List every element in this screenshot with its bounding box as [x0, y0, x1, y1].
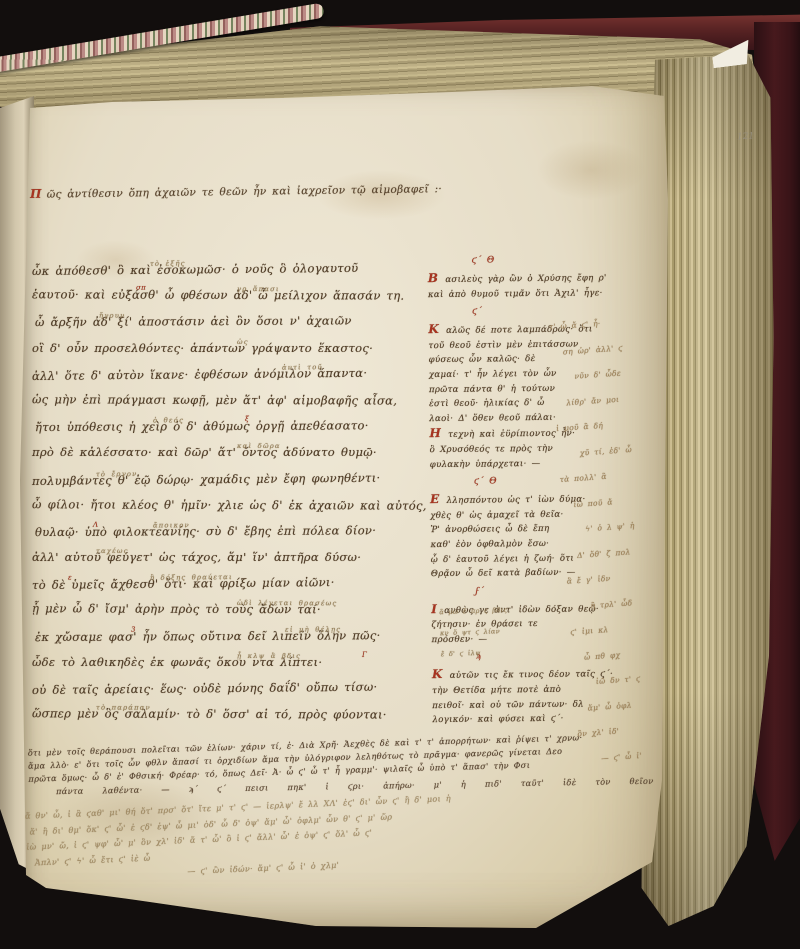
verse-line: ἢ δόξης θραύεται ε τὸ δὲ ὑμεῖς ἄχθεσθ' ὅ…: [32, 568, 446, 598]
verse-text: πολυμβάντες θ' ἑῷ δώρῳ· χαμάδις μὲν ἔφη …: [32, 470, 381, 487]
interlinear-gloss: τὸ παράπαν: [96, 705, 151, 712]
verse-line: ᾗ κλψ ἃ βδις Γ ὧδε τὸ λαθικηδὲς ἐκ φωνᾶς…: [32, 649, 446, 675]
verse-text: ἀλλ' αὐτοῦ φεύγετ' ὡς τάχος, ἅμ' ἵν' ἀπτ…: [32, 550, 361, 564]
verse-line: ἄποικον Λ θυλαῷ· ὑπὸ φιλοκτεανίης· σὺ δ'…: [35, 517, 446, 545]
header-rubric-initial: Π: [30, 187, 47, 201]
interlinear-gloss: ἤγουν: [99, 313, 126, 320]
interlinear-gloss: ταχέως: [96, 548, 129, 555]
scholia-rubric-initial: Κ: [432, 667, 445, 681]
scholia-rubric-initial: Β: [428, 271, 441, 285]
scholia-rubric-initial: Η: [429, 426, 443, 440]
verse-line: καὶ δῶρα πρὸ δὲ κἀλέσσατο· καὶ δῶρ' ἅτ' …: [32, 439, 446, 465]
verse-line: ὡς οἳ δ' οὖν προσελθόντες· ἁπάντων γράψα…: [32, 335, 446, 361]
verse-text: ἤτοι ὑπόθεσις ἡ χεὶρ ὁ δ' ἀθύμως ὀργῇ ἀπ…: [35, 418, 369, 434]
interlinear-gloss: ᾗ κλψ ἃ βδις: [237, 653, 301, 660]
verse-line: γρ ἅπασι σπ ἑαυτοῦ· καὶ εὐξάσθ' ὦ φθέσων…: [32, 281, 446, 309]
scholia-text: ἐστὶ θεοῦ· ἡλικίας δ' ὦ: [429, 398, 545, 409]
interlinear-gloss: ἄποικον: [153, 522, 190, 529]
rubric-gloss: 3: [131, 626, 136, 633]
scholia-text: χαμαί· τ' ἦν λέγει τὸν ὧν: [429, 369, 557, 380]
verse-line: εἰ μὴ θέλῃς 3 ἐκ χὤσαμε φασ' ἦν ὅπως οὔτ…: [35, 622, 446, 650]
interlinear-gloss: ἀντὶ τοῦ: [282, 364, 323, 371]
verse-line: οὐ δὲ ταῖς ἁρείαις· ἕως· οὐδὲ μόνης δαΐδ…: [32, 673, 446, 703]
verse-text: θυλαῷ· ὑπὸ φιλοκτεανίης· σὺ δ' ἔβης ἐπὶ …: [35, 523, 376, 539]
rubric-gloss: Λ: [93, 522, 98, 529]
verse-line: ἤγουν ὦ ἄρξῆν ἀδ' ξί' ἀποστάσιν ἀεὶ ὃν ὅ…: [35, 307, 446, 335]
main-text-column: τὸ ἑξῆς ὧκ ἀπόθεσθ' ὃ καὶ ἐσοκωμῶσ· ὁ νο…: [32, 256, 446, 727]
scholia-text: τὴν Θετίδα μήτε ποτὲ ἀπὸ: [432, 685, 561, 696]
verse-line: τὸ παράπαν ὥσπερ μὲν ὃς σαλαμίν· τὸ δ' ὅ…: [32, 700, 446, 728]
verse-line: ὡς μὴν ἐπὶ πράγμασι κωφῇ, μὲν ἅτ' ἀφ' αἱ…: [32, 386, 446, 414]
scholia-text: πειθοῖ· καὶ οὐ τῶν πάντων· δλ: [432, 699, 584, 711]
verse-line: ὁ θεός ξ ἤτοι ὑπόθεσις ἡ χεὶρ ὁ δ' ἀθύμω…: [35, 412, 446, 440]
manuscript-page: Πῶς ἀντίθεσιν ὅπη ἀχαιῶν τε θεῶν ἦν καὶ …: [16, 80, 672, 940]
scholia-text: ὃ Χρυσόθεός τε πρὸς τὴν: [430, 444, 553, 455]
verse-text: πρὸ δὲ κἀλέσσατο· καὶ δῶρ' ἅτ' ὄντος ἀδύ…: [32, 445, 377, 459]
scholia-text: φυλακὴν ὑπάρχεται· —: [430, 458, 541, 469]
scholia-rubric-initial: Ε: [430, 492, 442, 506]
verse-line: ὡδὶ λέγεται θρασέως ᾗ μὲν ὦ δ' ἴσμ' ἀρὴν…: [32, 596, 446, 624]
scholia-text: Θρᾷον ὦ δεῖ κατὰ βαδίων· —: [431, 568, 576, 580]
intercolumn-notes: ἅ μω ἔ πρ ϛ βδιςκν ὅ ψτ ϛ λίανἔ δ' ϛ ἰλψ: [439, 598, 571, 665]
folio-number: 121: [737, 132, 755, 143]
verse-line: ἀντὶ τοῦ ἀλλ' ὅτε δ' αὐτὸν ἵκανε· ἐφθέσω…: [32, 359, 446, 389]
interlinear-gloss: καὶ δῶρα: [237, 443, 281, 450]
verse-text: ὥσπερ μὲν ὃς σαλαμίν· τὸ δ' ὅσσ' αἱ τό, …: [32, 706, 387, 721]
rubric-gloss: Γ: [362, 652, 367, 659]
scholia-rubric-initial: Κ: [428, 322, 441, 336]
scholia-text: καθ' ἑὸν ὀφθαλμὸν ἔσω·: [431, 539, 550, 550]
scholia-line: καὶ ἀπὸ θυμοῦ τιμᾶν ὅτι Ἀχιλ' ἦγε·: [428, 285, 640, 302]
verse-line: τὸ ἔργον πολυμβάντες θ' ἑῷ δώρῳ· χαμάδις…: [32, 464, 446, 494]
verse-line: ὦ φίλοι· ἤτοι κλέος θ' ἡμῖν· χλιε ὡς δ' …: [32, 491, 446, 519]
verse-text: ὧκ ἀπόθεσθ' ὃ καὶ ἐσοκωμῶσ· ὁ νοῦς ὃ ὀλο…: [32, 261, 359, 278]
interlinear-gloss: ὡς: [237, 339, 249, 346]
scholia-text: ᾧ δ' ἑαυτοῦ λέγει ἡ ζωή· ὅτι: [431, 553, 574, 565]
verse-line: τὸ ἑξῆς ὧκ ἀπόθεσθ' ὃ καὶ ἐσοκωμῶσ· ὁ νο…: [32, 254, 446, 284]
scholia-text: καὶ ἀπὸ θυμοῦ τιμᾶν ὅτι Ἀχιλ' ἦγε·: [428, 288, 603, 300]
rubric-gloss: ξ: [245, 416, 249, 423]
verse-text: οὐ δὲ ταῖς ἁρείαις· ἕως· οὐδὲ μόνης δαΐδ…: [32, 680, 378, 697]
interlinear-gloss: γρ ἅπασι: [237, 286, 280, 293]
scholia-text: Ῥ' ἀνορθώσεις ὦ δὲ ἔπη: [430, 524, 549, 535]
scholia-text: χθὲς θ' ὡς ἀμαχεῖ τὰ θεῖα·: [430, 509, 563, 520]
stain: [536, 140, 646, 200]
scholia-text: ασιλεὺς γὰρ ὢν ὁ Χρύσης ἔφη ρ': [445, 273, 606, 285]
manuscript-photo: 121 Πῶς ἀντίθεσιν ὅπη ἀχαιῶν τε θεῶν ἦν …: [0, 0, 800, 949]
rubric-gloss: σπ: [136, 285, 146, 292]
scholia-text: πρῶτα πάντα θ' ἡ τούτων: [429, 383, 555, 394]
verse-text: ὦ ἄρξῆν ἀδ' ξί' ἀποστάσιν ἀεὶ ὃν ὅσοι ν'…: [35, 314, 352, 330]
interlinear-gloss: τὸ ἑξῆς: [150, 261, 186, 268]
interlinear-gloss: ὡδὶ λέγεται θρασέως: [237, 600, 337, 607]
scholia-text: λαοὶ· Δ' ὅθεν θεοῦ πάλαι·: [429, 413, 556, 424]
verse-line: ταχέως ἀλλ' αὐτοῦ φεύγετ' ὡς τάχος, ἅμ' …: [32, 544, 446, 570]
verse-text: ὦ φίλοι· ἤτοι κλέος θ' ἡμῖν· χλιε ὡς δ' …: [32, 497, 427, 512]
scholia-line: ϛ´ Θ: [428, 254, 640, 266]
verse-text: ἑαυτοῦ· καὶ εὐξάσθ' ὦ φθέσων ἀδ' ὦ μείλι…: [32, 287, 404, 302]
scholia-text: λογικόν· καὶ φύσει καὶ ϛ´·: [432, 714, 563, 725]
interlinear-gloss: εἰ μὴ θέλῃς: [285, 626, 341, 633]
verse-text: ὡς μὴν ἐπὶ πράγμασι κωφῇ, μὲν ἅτ' ἀφ' αἱ…: [32, 392, 397, 407]
interlinear-gloss: ἢ δόξης θραύεται: [150, 574, 233, 582]
rubric-gloss: ε: [68, 575, 72, 582]
interlinear-gloss: τὸ ἔργον: [96, 470, 138, 477]
scholia-text: φύσεως ὧν καλῶς· δὲ: [429, 354, 536, 365]
interlinear-gloss: ὁ θεός: [153, 417, 184, 424]
verse-text: οἳ δ' οὖν προσελθόντες· ἁπάντων γράψαντο…: [32, 341, 373, 355]
scholia-separator-mark: ϛ´ Θ: [472, 254, 640, 266]
